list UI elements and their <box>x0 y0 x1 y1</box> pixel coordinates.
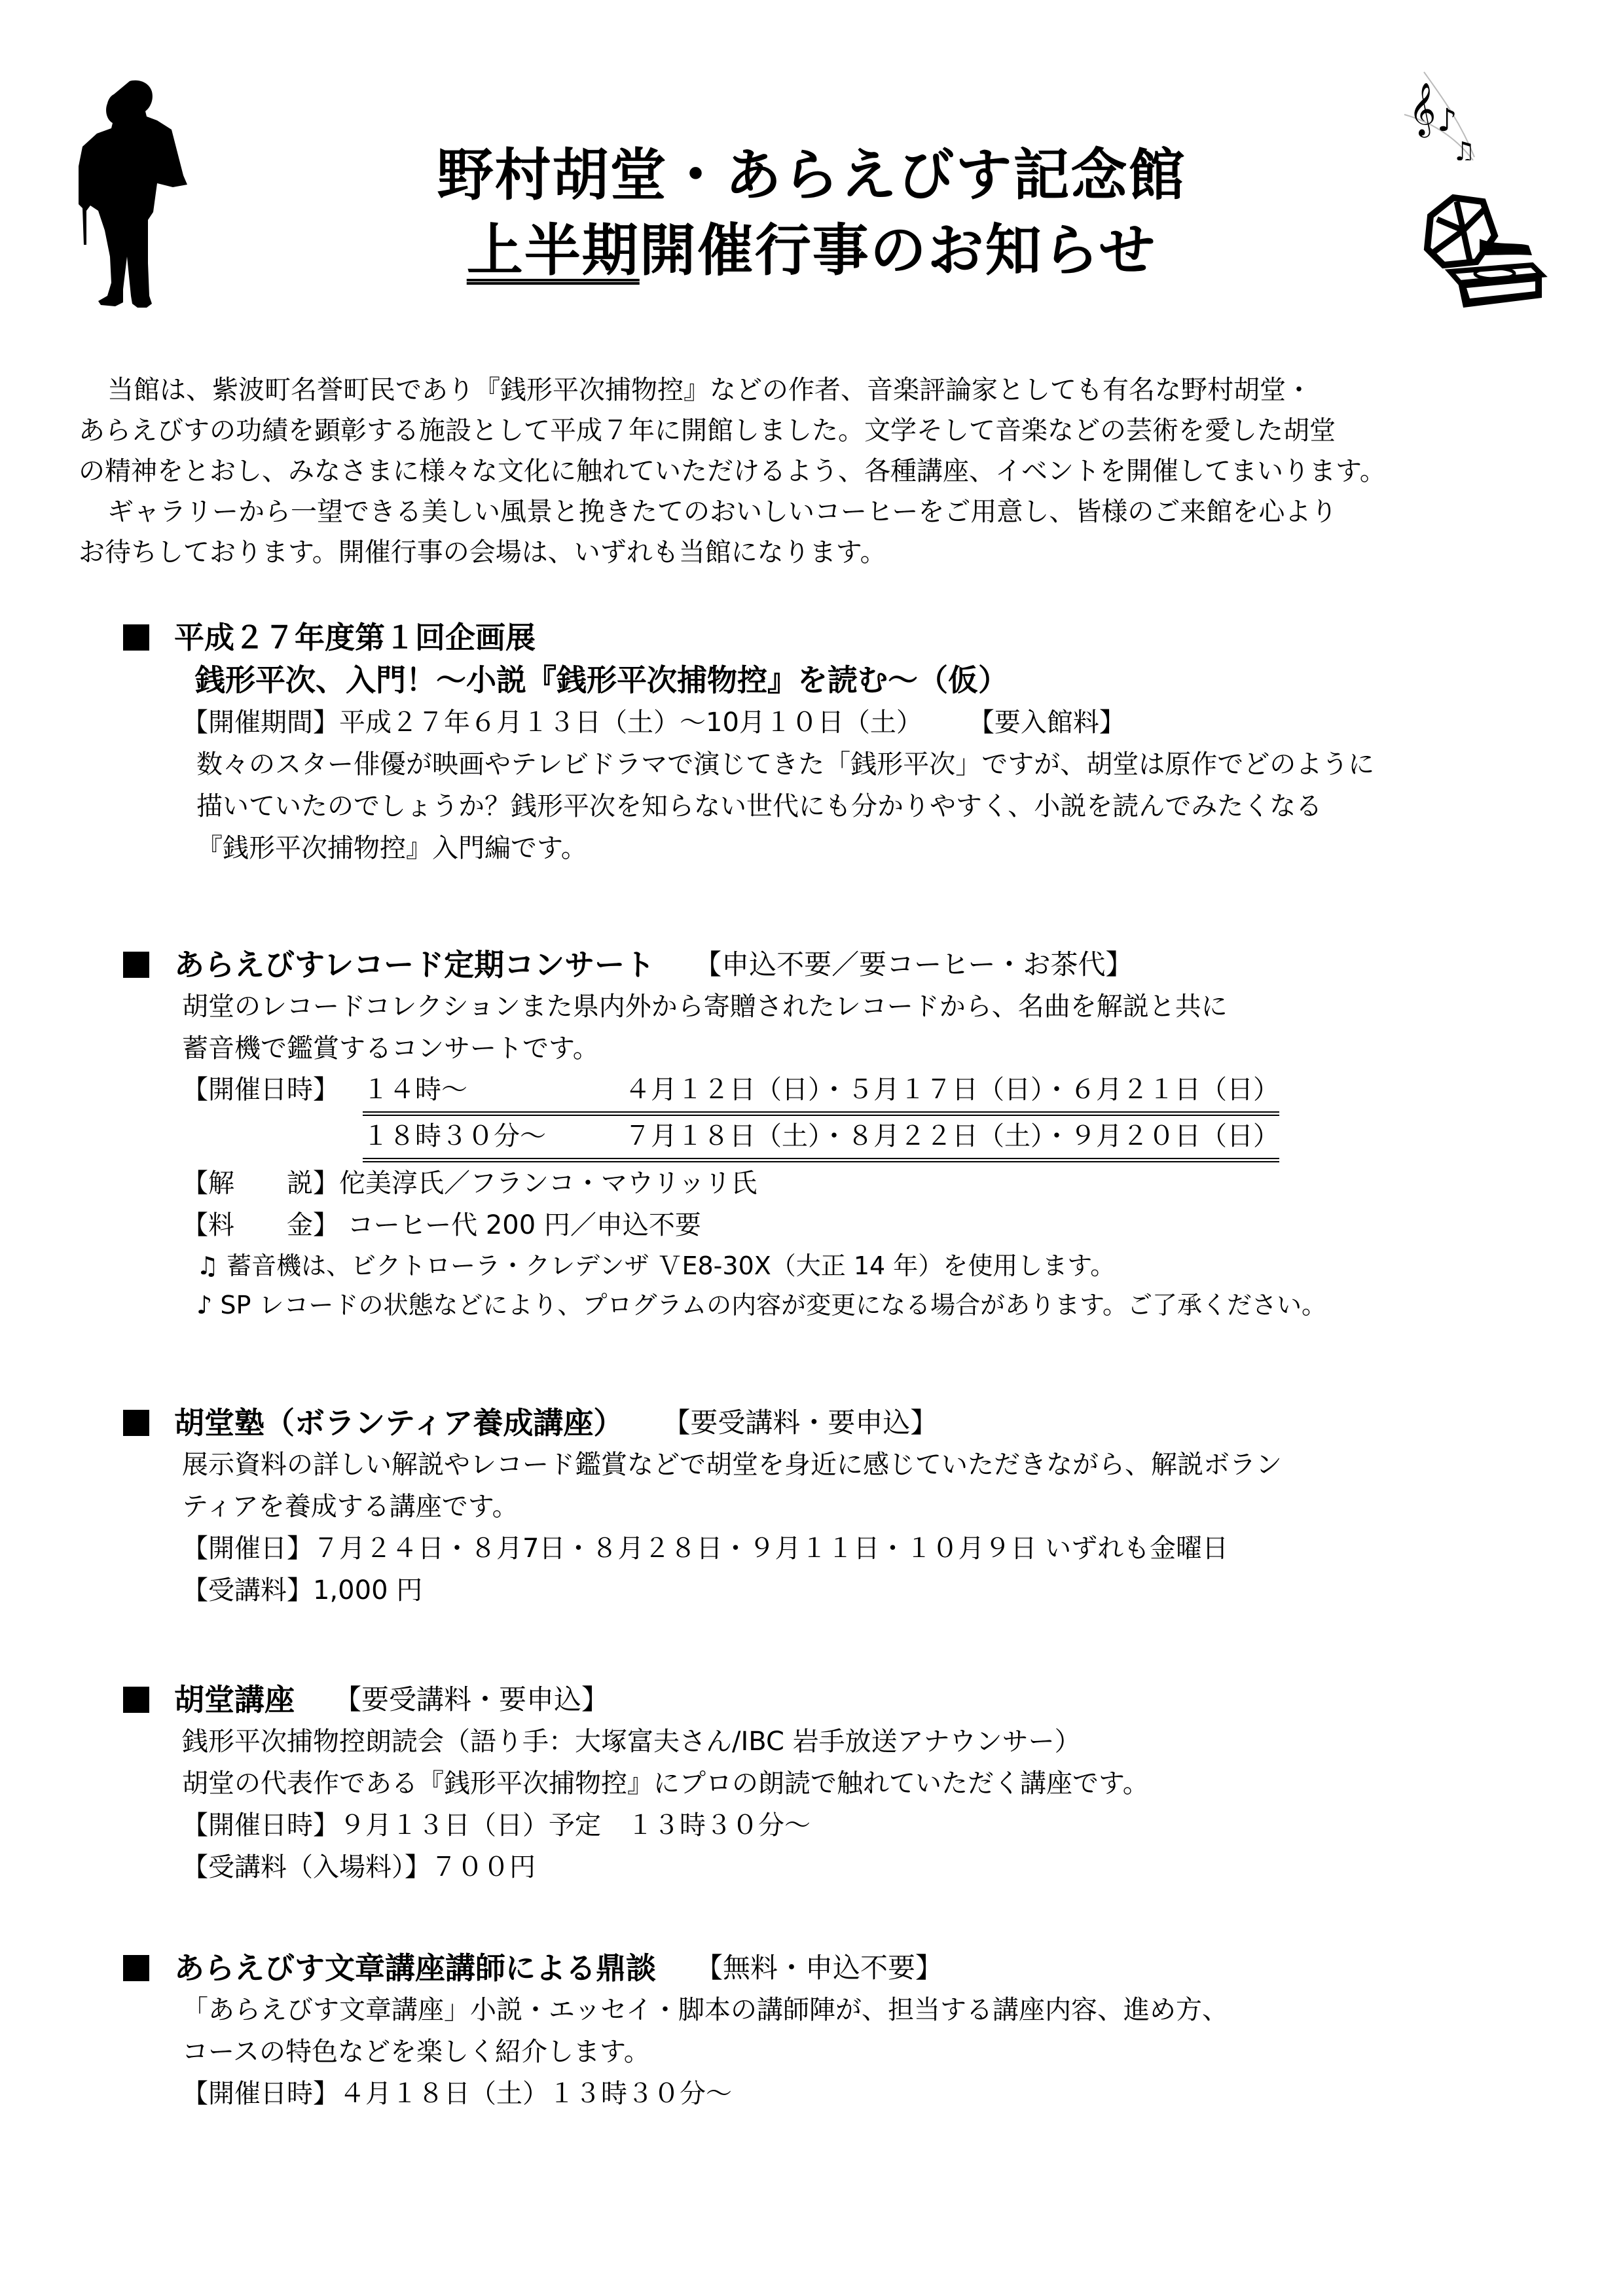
fee-value: コーヒー代 200 円／申込不要 <box>348 1210 701 1240</box>
intro-line: お待ちしております。開催行事の会場は、いずれも当館になります。 <box>79 532 1565 573</box>
body-line: 数々のスター俳優が映画やテレビドラマで演じてきた「銭形平次」ですが、胡堂は原作で… <box>123 744 1577 785</box>
body-line: 「あらえびす文章講座」小説・エッセイ・脚本の講師陣が、担当する講座内容、進め方、 <box>123 1989 1577 2031</box>
body-line: 『銭形平次捕物控』入門編です。 <box>123 827 1577 869</box>
bullet-square-icon <box>123 1955 149 1981</box>
section-title: 平成２７年度第１回企画展 <box>174 617 536 658</box>
intro-line: ギャラリーから一望できる美しい風景と挽きたてのおいしいコーヒーをご用意し、皆様の… <box>79 492 1565 532</box>
schedule-dates: ７月１８日（土）・８月２２日（土）・９月２０日（日） <box>625 1116 1279 1157</box>
date-value: ９月１３日（日）予定 １３時３０分～ <box>339 1810 811 1840</box>
subtitle-underlined-term: 上半期 <box>467 218 640 283</box>
section-heading: 胡堂塾（ボランティア養成講座） 【要受講料・要申込】 <box>123 1402 1577 1444</box>
subtitle-rest: 開催行事のお知らせ <box>640 218 1156 283</box>
commentary-row: 【解 説】佗美淳氏／フランコ・マウリッリ氏 <box>123 1162 1577 1204</box>
body-line: 銭形平次捕物控朗読会（語り手：大塚富夫さん/IBC 岩手放送アナウンサー） <box>123 1721 1577 1763</box>
section-tag: 【申込不要／要コーヒー・お茶代】 <box>694 944 1133 986</box>
date-value: ４月１８日（土）１３時３０分～ <box>339 2079 732 2109</box>
note-row: ♪ SP レコードの状態などにより、プログラムの内容が変更になる場合があります。… <box>123 1285 1577 1325</box>
note-text: 蓄音機は、ビクトローラ・クレデンザ ＶE8-30X（大正 14 年）を使用します… <box>227 1251 1115 1280</box>
svg-text:♪: ♪ <box>1437 102 1457 139</box>
admission-tag: 【要入館料】 <box>968 708 1125 738</box>
date-label: 【開催日】 <box>182 1534 313 1564</box>
section-tag: 【無料・申込不要】 <box>695 1947 943 1989</box>
exhibition-period: 【開催期間】平成２７年６月１３日（土）～10月１０日（土）【要入館料】 <box>123 702 1577 744</box>
beamed-notes-icon: ♫ <box>196 1251 219 1280</box>
bullet-square-icon <box>123 1687 149 1713</box>
section-tag: 【要受講料・要申込】 <box>334 1679 609 1721</box>
eighth-note-icon: ♪ <box>196 1291 212 1319</box>
fee-row: 【受講料】1,000 円 <box>123 1570 1577 1611</box>
body-line: 描いていたのでしょうか？銭形平次を知らない世代にも分かりやすく、小説を読んでみた… <box>123 785 1577 827</box>
schedule-value: １８時３０分～ ７月１８日（土）・８月２２日（土）・９月２０日（日） <box>363 1116 1279 1162</box>
fee-label: 【料 金】 <box>182 1210 339 1240</box>
page-subtitle: 上半期開催行事のお知らせ <box>0 223 1623 279</box>
bullet-square-icon <box>123 1410 149 1436</box>
date-row: 【開催日時】４月１８日（土）１３時３０分～ <box>123 2073 1577 2115</box>
section-tag: 【要受講料・要申込】 <box>663 1402 938 1444</box>
body-line: 展示資料の詳しい解説やレコード鑑賞などで胡堂を身近に感じていただきながら、解説ボ… <box>123 1444 1577 1486</box>
bullet-square-icon <box>123 624 149 651</box>
body-line: 胡堂の代表作である『銭形平次捕物控』にプロの朗読で触れていただく講座です。 <box>123 1763 1577 1804</box>
body-line: 胡堂のレコードコレクションまた県内外から寄贈されたレコードから、名曲を解説と共に <box>123 986 1577 1028</box>
date-label: 【開催日時】 <box>182 2079 339 2109</box>
fee-row: 【受講料（入場料）】７００円 <box>123 1846 1577 1888</box>
date-row: 【開催日時】９月１３日（日）予定 １３時３０分～ <box>123 1804 1577 1846</box>
section-kodo-juku: 胡堂塾（ボランティア養成講座） 【要受講料・要申込】 展示資料の詳しい解説やレコ… <box>123 1402 1577 1611</box>
body-line: ティアを養成する講座です。 <box>123 1486 1577 1528</box>
schedule-value: １４時～ ４月１２日（日）・５月１７日（日）・６月２１日（日） <box>363 1069 1279 1116</box>
date-label: 【開催日時】 <box>182 1810 339 1840</box>
date-row: 【開催日】７月２４日・８月7日・８月２８日・９月１１日・１０月９日 いずれも金曜… <box>123 1528 1577 1570</box>
page-title: 野村胡堂・あらえびす記念館 <box>0 147 1623 204</box>
fee-value: 1,000 円 <box>313 1575 422 1605</box>
section-record-concert: あらえびすレコード定期コンサート 【申込不要／要コーヒー・お茶代】 胡堂のレコー… <box>123 944 1577 1325</box>
section-title: あらえびす文章講座講師による鼎談 <box>174 1947 656 1989</box>
schedule-label: 【開催日時】 <box>182 1069 363 1116</box>
svg-text:𝄞: 𝄞 <box>1409 82 1436 137</box>
fee-label: 【受講料】 <box>182 1575 313 1605</box>
schedule-dates: ４月１２日（日）・５月１７日（日）・６月２１日（日） <box>625 1069 1279 1110</box>
section-kodo-lecture: 胡堂講座 【要受講料・要申込】 銭形平次捕物控朗読会（語り手：大塚富夫さん/IB… <box>123 1679 1577 1888</box>
section-heading: あらえびすレコード定期コンサート 【申込不要／要コーヒー・お茶代】 <box>123 944 1577 986</box>
schedule-row: 【開催日時】 １４時～ ４月１２日（日）・５月１７日（日）・６月２１日（日） <box>123 1069 1577 1116</box>
body-line: 蓄音機で鑑賞するコンサートです。 <box>123 1028 1577 1069</box>
intro-line: 当館は、紫波町名誉町民であり『銭形平次捕物控』などの作者、音楽評論家としても有名… <box>79 370 1565 410</box>
section-title: 胡堂講座 <box>174 1679 295 1721</box>
fee-label: 【受講料（入場料）】 <box>182 1852 431 1882</box>
section-writing-talk: あらえびす文章講座講師による鼎談 【無料・申込不要】 「あらえびす文章講座」小説… <box>123 1947 1577 2115</box>
period-label: 【開催期間】 <box>182 708 339 738</box>
schedule-time: １４時～ <box>363 1069 625 1110</box>
exhibition-title: 銭形平次、入門！～小説『銭形平次捕物控』を読む～（仮） <box>123 658 1577 702</box>
section-heading: 平成２７年度第１回企画展 <box>123 617 1577 658</box>
intro-line: の精神をとおし、みなさまに様々な文化に触れていただけるよう、各種講座、イベントを… <box>79 451 1565 492</box>
section-heading: あらえびす文章講座講師による鼎談 【無料・申込不要】 <box>123 1947 1577 1989</box>
period-value: 平成２７年６月１３日（土）～10月１０日（土） <box>339 708 922 738</box>
fee-row: 【料 金】 コーヒー代 200 円／申込不要 <box>123 1204 1577 1246</box>
schedule-time: １８時３０分～ <box>363 1116 625 1157</box>
section-title: あらえびすレコード定期コンサート <box>174 944 655 986</box>
note-text: SP レコードの状態などにより、プログラムの内容が変更になる場合があります。ご了… <box>220 1291 1326 1319</box>
note-row: ♫ 蓄音機は、ビクトローラ・クレデンザ ＶE8-30X（大正 14 年）を使用し… <box>123 1246 1577 1285</box>
commentary-label: 【解 説】 <box>182 1168 339 1198</box>
bullet-square-icon <box>123 952 149 978</box>
section-exhibition: 平成２７年度第１回企画展 銭形平次、入門！～小説『銭形平次捕物控』を読む～（仮）… <box>123 617 1577 869</box>
commentary-value: 佗美淳氏／フランコ・マウリッリ氏 <box>339 1168 757 1198</box>
intro-line: あらえびすの功績を顕彰する施設として平成７年に開館しました。文学そして音楽などの… <box>79 410 1565 451</box>
intro-paragraph: 当館は、紫波町名誉町民であり『銭形平次捕物控』などの作者、音楽評論家としても有名… <box>79 370 1565 573</box>
date-value: ７月２４日・８月7日・８月２８日・９月１１日・１０月９日 いずれも金曜日 <box>313 1534 1228 1564</box>
schedule-row: １８時３０分～ ７月１８日（土）・８月２２日（土）・９月２０日（日） <box>123 1116 1577 1162</box>
body-line: コースの特色などを楽しく紹介します。 <box>123 2031 1577 2073</box>
fee-value: ７００円 <box>431 1852 536 1882</box>
music-notes-icon: 𝄞 ♪ ♫ <box>1401 69 1480 160</box>
section-heading: 胡堂講座 【要受講料・要申込】 <box>123 1679 1577 1721</box>
section-title: 胡堂塾（ボランティア養成講座） <box>174 1402 623 1444</box>
